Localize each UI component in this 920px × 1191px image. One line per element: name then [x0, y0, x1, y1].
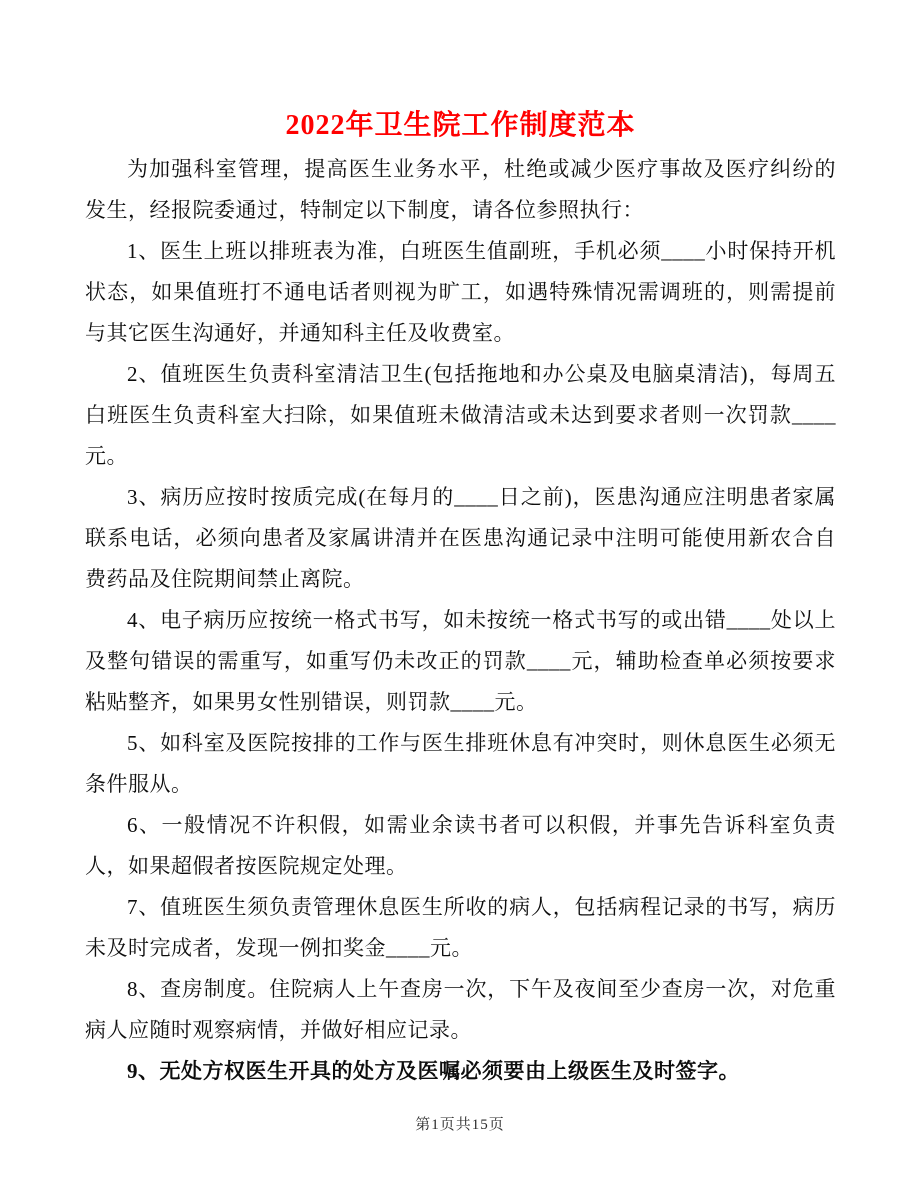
- document-title: 2022年卫生院工作制度范本: [85, 103, 836, 149]
- paragraph-10: 9、无处方权医生开具的处方及医嘱必须要由上级医生及时签字。: [85, 1051, 836, 1092]
- paragraph-3: 2、值班医生负责科室清洁卫生(包括拖地和办公桌及电脑桌清洁)，每周五白班医生负责…: [85, 354, 836, 477]
- document-page: 2022年卫生院工作制度范本 为加强科室管理，提高医生业务水平，杜绝或减少医疗事…: [0, 0, 920, 1191]
- paragraph-8: 7、值班医生须负责管理休息医生所收的病人，包括病程记录的书写，病历未及时完成者，…: [85, 887, 836, 969]
- document-content: 2022年卫生院工作制度范本 为加强科室管理，提高医生业务水平，杜绝或减少医疗事…: [85, 103, 836, 1092]
- paragraph-2: 1、医生上班以排班表为准，白班医生值副班，手机必须____小时保持开机状态，如果…: [85, 231, 836, 354]
- paragraph-1: 为加强科室管理，提高医生业务水平，杜绝或减少医疗事故及医疗纠纷的发生，经报院委通…: [85, 149, 836, 231]
- paragraph-7: 6、一般情况不许积假，如需业余读书者可以积假，并事先告诉科室负责人，如果超假者按…: [85, 805, 836, 887]
- page-number-footer: 第1页共15页: [0, 1113, 920, 1134]
- paragraph-9: 8、查房制度。住院病人上午查房一次，下午及夜间至少查房一次，对危重病人应随时观察…: [85, 969, 836, 1051]
- paragraph-4: 3、病历应按时按质完成(在每月的____日之前)，医患沟通应注明患者家属联系电话…: [85, 477, 836, 600]
- paragraph-6: 5、如科室及医院按排的工作与医生排班休息有冲突时，则休息医生必须无条件服从。: [85, 723, 836, 805]
- paragraph-5: 4、电子病历应按统一格式书写，如未按统一格式书写的或出错____处以上及整句错误…: [85, 600, 836, 723]
- document-body: 为加强科室管理，提高医生业务水平，杜绝或减少医疗事故及医疗纠纷的发生，经报院委通…: [85, 149, 836, 1092]
